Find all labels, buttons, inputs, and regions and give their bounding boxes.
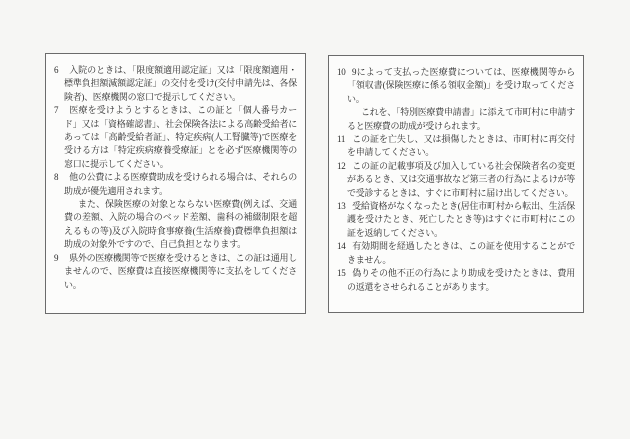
item-number: 11 <box>337 133 352 146</box>
item-number: 7 <box>54 104 69 117</box>
instruction-item-6: 6入院のときは、「限度額適用認定証」又は「限度額適用・標準負担額減額認定証」の交… <box>54 64 297 104</box>
item-text: 県外の医療機関等で医療を受けるときは、この証は通用しませんので、医療費は直接医療… <box>64 253 297 290</box>
instruction-item-7: 7医療を受けようとするときは、この証と「個人番号カード」又は「資格確認書」、社会… <box>54 104 297 171</box>
item-text: 受給資格がなくなったとき(居住市町村から転出、生活保護を受けたとき、死亡したとき… <box>347 201 575 238</box>
item-text: 偽りその他不正の行為により助成を受けたときは、費用の返還をさせられることがありま… <box>347 268 575 291</box>
item-number: 14 <box>337 240 352 253</box>
item-text: 入院のときは、「限度額適用認定証」又は「限度額適用・標準負担額減額認定証」の交付… <box>64 65 297 102</box>
right-instructions-panel: 109によって支払った医療費については、医療機関等から「領収書(保険医療に係る領… <box>328 55 584 313</box>
item-number: 6 <box>54 64 69 77</box>
instruction-item-10: 109によって支払った医療費については、医療機関等から「領収書(保険医療に係る領… <box>337 66 575 133</box>
instruction-item-8: 8他の公費による医療費助成を受けられる場合は、それらの助成が優先適用されます。 … <box>54 171 297 251</box>
item-number: 9 <box>54 252 69 265</box>
item-text: 医療を受けようとするときは、この証と「個人番号カード」又は「資格確認書」、社会保… <box>64 105 297 169</box>
item-text: 9によって支払った医療費については、医療機関等から「領収書(保険医療に係る領収金… <box>347 67 575 104</box>
instruction-item-13: 13受給資格がなくなったとき(居住市町村から転出、生活保護を受けたとき、死亡した… <box>337 200 575 240</box>
item-number: 12 <box>337 160 352 173</box>
item-number: 10 <box>337 66 352 79</box>
item-text: この証の記載事項及び加入している社会保険者名の変更があるとき、又は交通事故など第… <box>347 161 575 198</box>
item-subtext: また、保険医療の対象とならない医療費(例えば、交通費の差額、入院の場合のベッド差… <box>64 198 297 252</box>
item-text: 他の公費による医療費助成を受けられる場合は、それらの助成が優先適用されます。 <box>64 172 297 195</box>
instruction-item-12: 12この証の記載事項及び加入している社会保険者名の変更があるとき、又は交通事故な… <box>337 160 575 200</box>
item-number: 13 <box>337 200 352 213</box>
left-instructions-panel: 6入院のときは、「限度額適用認定証」又は「限度額適用・標準負担額減額認定証」の交… <box>45 53 306 314</box>
instruction-item-14: 14有効期間を経過したときは、この証を使用することができません。 <box>337 240 575 267</box>
document-page: { "page": { "background": "#f6f6f4", "bo… <box>0 0 630 439</box>
item-text: この証を亡失し、又は損傷したときは、市町村に再交付を申請してください。 <box>347 134 575 157</box>
item-number: 8 <box>54 171 69 184</box>
instruction-item-11: 11この証を亡失し、又は損傷したときは、市町村に再交付を申請してください。 <box>337 133 575 160</box>
item-number: 15 <box>337 267 352 280</box>
instruction-item-9: 9県外の医療機関等で医療を受けるときは、この証は通用しませんので、医療費は直接医… <box>54 252 297 292</box>
item-text: 有効期間を経過したときは、この証を使用することができません。 <box>347 241 575 264</box>
item-subtext: これを、「特別医療費申請書」に添えて市町村に申請すると医療費の助成が受けられます… <box>347 106 575 133</box>
instruction-item-15: 15偽りその他不正の行為により助成を受けたときは、費用の返還をさせられることがあ… <box>337 267 575 294</box>
